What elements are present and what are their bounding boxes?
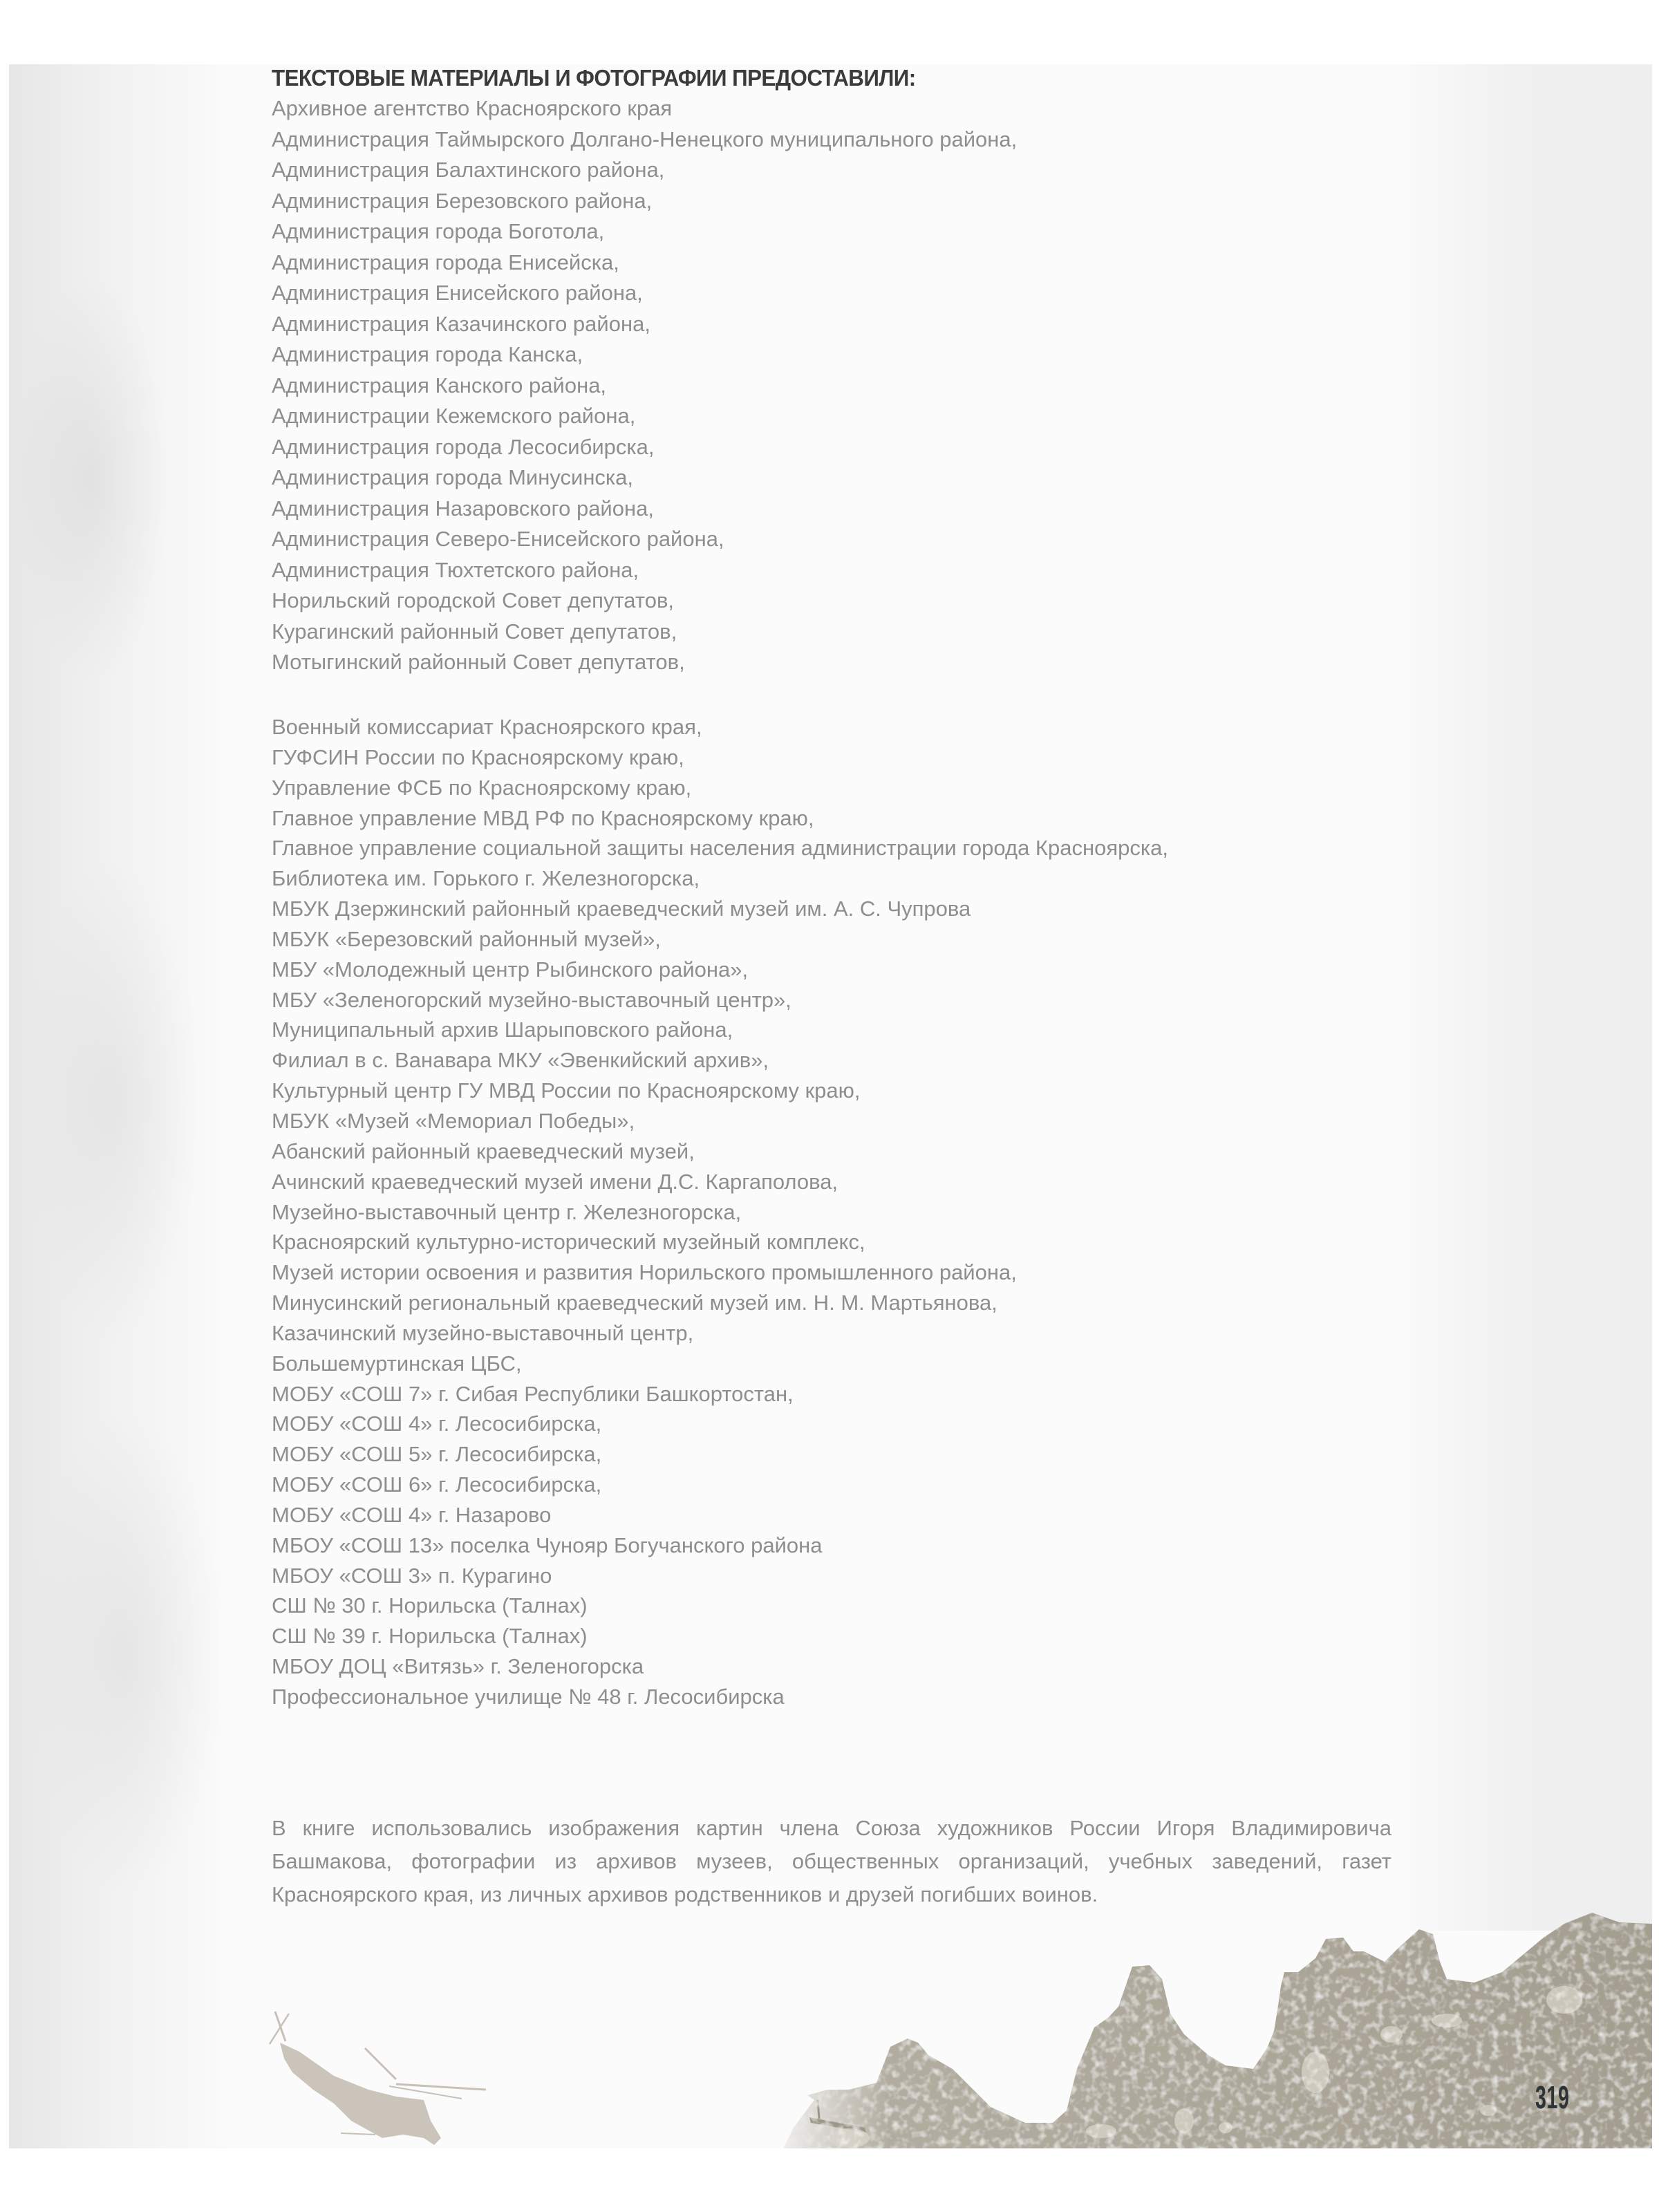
list-item: Культурный центр ГУ МВД России по Красно… xyxy=(272,1076,1168,1106)
list-item: ГУФСИН России по Красноярскому краю, xyxy=(272,742,1168,773)
list-item: Норильский городской Совет депутатов, xyxy=(272,585,1017,617)
list-item: МОБУ «СОШ 4» г. Назарово xyxy=(272,1500,1168,1530)
book-page: ТЕКСТОВЫЕ МАТЕРИАЛЫ И ФОТОГРАФИИ ПРЕДОСТ… xyxy=(9,64,1652,2148)
list-item: Курагинский районный Совет депутатов, xyxy=(272,617,1017,648)
list-item: Администрация города Енисейска, xyxy=(272,247,1017,279)
contributors-list-organizations: Военный комиссариат Красноярского края,Г… xyxy=(272,712,1168,1712)
list-item: Муниципальный архив Шарыповского района, xyxy=(272,1015,1168,1045)
list-item: Администрация города Боготола, xyxy=(272,216,1017,247)
list-item: Администрация Канского района, xyxy=(272,371,1017,402)
list-item: Администрация Енисейского района, xyxy=(272,278,1017,309)
list-item: Администрация Балахтинского района, xyxy=(272,155,1017,186)
list-item: Ачинский краеведческий музей имени Д.С. … xyxy=(272,1167,1168,1197)
image-credits-note: В книге использовались изображения карти… xyxy=(272,1812,1391,1911)
list-item: Казачинский музейно-выставочный центр, xyxy=(272,1318,1168,1349)
list-item: Военный комиссариат Красноярского края, xyxy=(272,712,1168,742)
soldiers-photo xyxy=(783,1913,1652,2148)
list-item: МОБУ «СОШ 4» г. Лесосибирска, xyxy=(272,1409,1168,1439)
list-item: Минусинский региональный краеведческий м… xyxy=(272,1288,1168,1318)
list-item: Администрация Березовского района, xyxy=(272,186,1017,217)
helicopter-photo xyxy=(270,2012,486,2145)
list-item: Администрация Тюхтетского района, xyxy=(272,555,1017,586)
list-item: Главное управление МВД РФ по Красноярско… xyxy=(272,803,1168,834)
list-item: Архивное агентство Красноярского края xyxy=(272,93,1017,124)
list-item: МБУ «Молодежный центр Рыбинского района»… xyxy=(272,955,1168,985)
list-item: МБУК Дзержинский районный краеведческий … xyxy=(272,894,1168,924)
list-item: МБОУ «СОШ 3» п. Курагино xyxy=(272,1561,1168,1591)
list-item: МОБУ «СОШ 6» г. Лесосибирска, xyxy=(272,1470,1168,1500)
list-item: МБОУ ДОЦ «Витязь» г. Зеленогорска xyxy=(272,1651,1168,1682)
list-item: МБУК «Березовский районный музей», xyxy=(272,924,1168,955)
list-item: Администрация города Минусинска, xyxy=(272,462,1017,494)
list-item: СШ № 39 г. Норильска (Талнах) xyxy=(272,1621,1168,1651)
left-scan-shadow xyxy=(9,64,237,2148)
contributors-list-administrations: Архивное агентство Красноярского краяАдм… xyxy=(272,93,1017,678)
list-item: Управление ФСБ по Красноярскому краю, xyxy=(272,773,1168,803)
list-item: Администрация Казачинского района, xyxy=(272,309,1017,340)
list-item: Администрация города Лесосибирска, xyxy=(272,432,1017,463)
list-item: МБУ «Зеленогорский музейно-выставочный ц… xyxy=(272,985,1168,1015)
list-item: МБУК «Музей «Мемориал Победы», xyxy=(272,1106,1168,1136)
list-item: Администрация Назаровского района, xyxy=(272,494,1017,525)
list-item: Филиал в с. Ванавара МКУ «Эвенкийский ар… xyxy=(272,1045,1168,1076)
list-item: СШ № 30 г. Норильска (Талнах) xyxy=(272,1591,1168,1621)
list-item: Красноярский культурно-исторический музе… xyxy=(272,1227,1168,1257)
list-item: Главное управление социальной защиты нас… xyxy=(272,833,1168,863)
list-item: МБОУ «СОШ 13» поселка Чунояр Богучанског… xyxy=(272,1530,1168,1561)
right-background-tint xyxy=(1389,64,1652,1931)
list-item: Музей истории освоения и развития Нориль… xyxy=(272,1257,1168,1288)
list-item: Администрация города Канска, xyxy=(272,339,1017,371)
list-item: МОБУ «СОШ 7» г. Сибая Республики Башкорт… xyxy=(272,1379,1168,1409)
list-item: Большемуртинская ЦБС, xyxy=(272,1349,1168,1379)
list-item: Мотыгинский районный Совет депутатов, xyxy=(272,647,1017,678)
list-item: Профессиональное училище № 48 г. Лесосиб… xyxy=(272,1682,1168,1712)
list-item: Администрация Таймырского Долгано-Ненецк… xyxy=(272,124,1017,156)
list-item: МОБУ «СОШ 5» г. Лесосибирска, xyxy=(272,1439,1168,1470)
list-item: Администрация Северо-Енисейского района, xyxy=(272,524,1017,555)
page-number: 319 xyxy=(1535,2080,1569,2115)
list-item: Музейно-выставочный центр г. Железногорс… xyxy=(272,1197,1168,1228)
list-item: Абанский районный краеведческий музей, xyxy=(272,1136,1168,1167)
page-title: ТЕКСТОВЫЕ МАТЕРИАЛЫ И ФОТОГРАФИИ ПРЕДОСТ… xyxy=(272,64,916,93)
list-item: Библиотека им. Горького г. Железногорска… xyxy=(272,863,1168,894)
list-item: Администрации Кежемского района, xyxy=(272,401,1017,432)
